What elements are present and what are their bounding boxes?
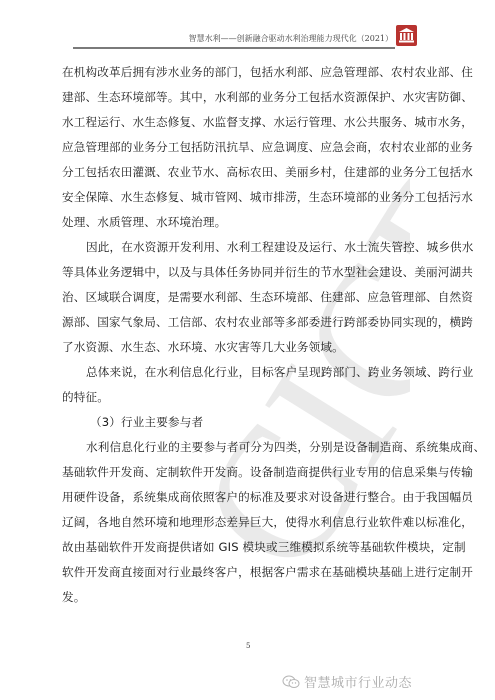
paragraph-line: 故由基础软件开发商提供诸如 GIS 模块或三维模拟系统等基础软件模块，定制 (62, 535, 436, 560)
document-body: 在机构改革后拥有涉水业务的部门，包括水利部、应急管理部、农村农业部、住 建部、生… (62, 60, 436, 610)
paragraph-line: 分工包括农田灌溉、农业节水、高标农田、美丽乡村，住建部的业务分工包括水 (62, 160, 436, 185)
paragraph-line: 处理、水质管理、水环境治理。 (62, 210, 436, 235)
wechat-icon (282, 675, 300, 689)
page-header: 智慧水利——创新融合驱动水利治理能力现代化（2021） (73, 30, 395, 49)
paragraph-line: 了水资源、水生态、水环境、水灾害等几大业务领域。 (62, 335, 436, 360)
paragraph-line: 发。 (62, 585, 436, 610)
section-heading: （3）行业主要参与者 (62, 410, 436, 435)
paragraph-line: 源部、国家气象局、工信部、农村农业部等多部委进行跨部委协同实现的，横跨 (62, 310, 436, 335)
paragraph-line: 因此，在水资源开发利用、水利工程建设及运行、水土流失管控、城乡供水 (62, 235, 436, 260)
paragraph-line: 基础软件开发商、定制软件开发商。设备制造商提供行业专用的信息采集与传输 (62, 460, 436, 485)
paragraph-line: 等具体业务逻辑中，以及与具体任务协同并衍生的节水型社会建设、美丽河湖共 (62, 260, 436, 285)
paragraph-line: 总体来说，在水利信息化行业，目标客户呈现跨部门、跨业务领域、跨行业 (62, 360, 436, 385)
paragraph-line: 用硬件设备，系统集成商依照客户的标准及要求对设备进行整合。由于我国幅员 (62, 485, 436, 510)
paragraph-line: 建部、生态环境部等。其中，水利部的业务分工包括水资源保护、水灾害防御、 (62, 85, 436, 110)
paragraph-line: 水工程运行、水生态修复、水监督支撑、水运行管理、水公共服务、城市水务， (62, 110, 436, 135)
header-title: 智慧水利——创新融合驱动水利治理能力现代化（2021） (189, 33, 393, 44)
paragraph-line: 应急管理部的业务分工包括防汛抗旱、应急调度、应急会商，农村农业部的业务 (62, 135, 436, 160)
paragraph-line: 治、区域联合调度，是需要水利部、生态环境部、住建部、应急管理部、自然资 (62, 285, 436, 310)
page-number: 5 (246, 642, 250, 650)
source-label: 智慧城市行业动态 (304, 672, 412, 691)
paragraph-line: 水利信息化行业的主要参与者可分为四类，分别是设备制造商、系统集成商、 (62, 435, 436, 460)
institution-building-icon (396, 25, 417, 46)
source-watermark: 智慧城市行业动态 (282, 672, 412, 691)
paragraph-line: 辽阔，各地自然环境和地理形态差异巨大，使得水利信息行业软件难以标准化， (62, 510, 436, 535)
paragraph-line: 安全保障、水生态修复、城市管网、城市排涝，生态环境部的业务分工包括污水 (62, 185, 436, 210)
paragraph-line: 软件开发商直接面对行业最终客户，根据客户需求在基础模块基础上进行定制开 (62, 560, 436, 585)
paragraph-line: 在机构改革后拥有涉水业务的部门，包括水利部、应急管理部、农村农业部、住 (62, 60, 436, 85)
paragraph-line: 的特征。 (62, 385, 436, 410)
